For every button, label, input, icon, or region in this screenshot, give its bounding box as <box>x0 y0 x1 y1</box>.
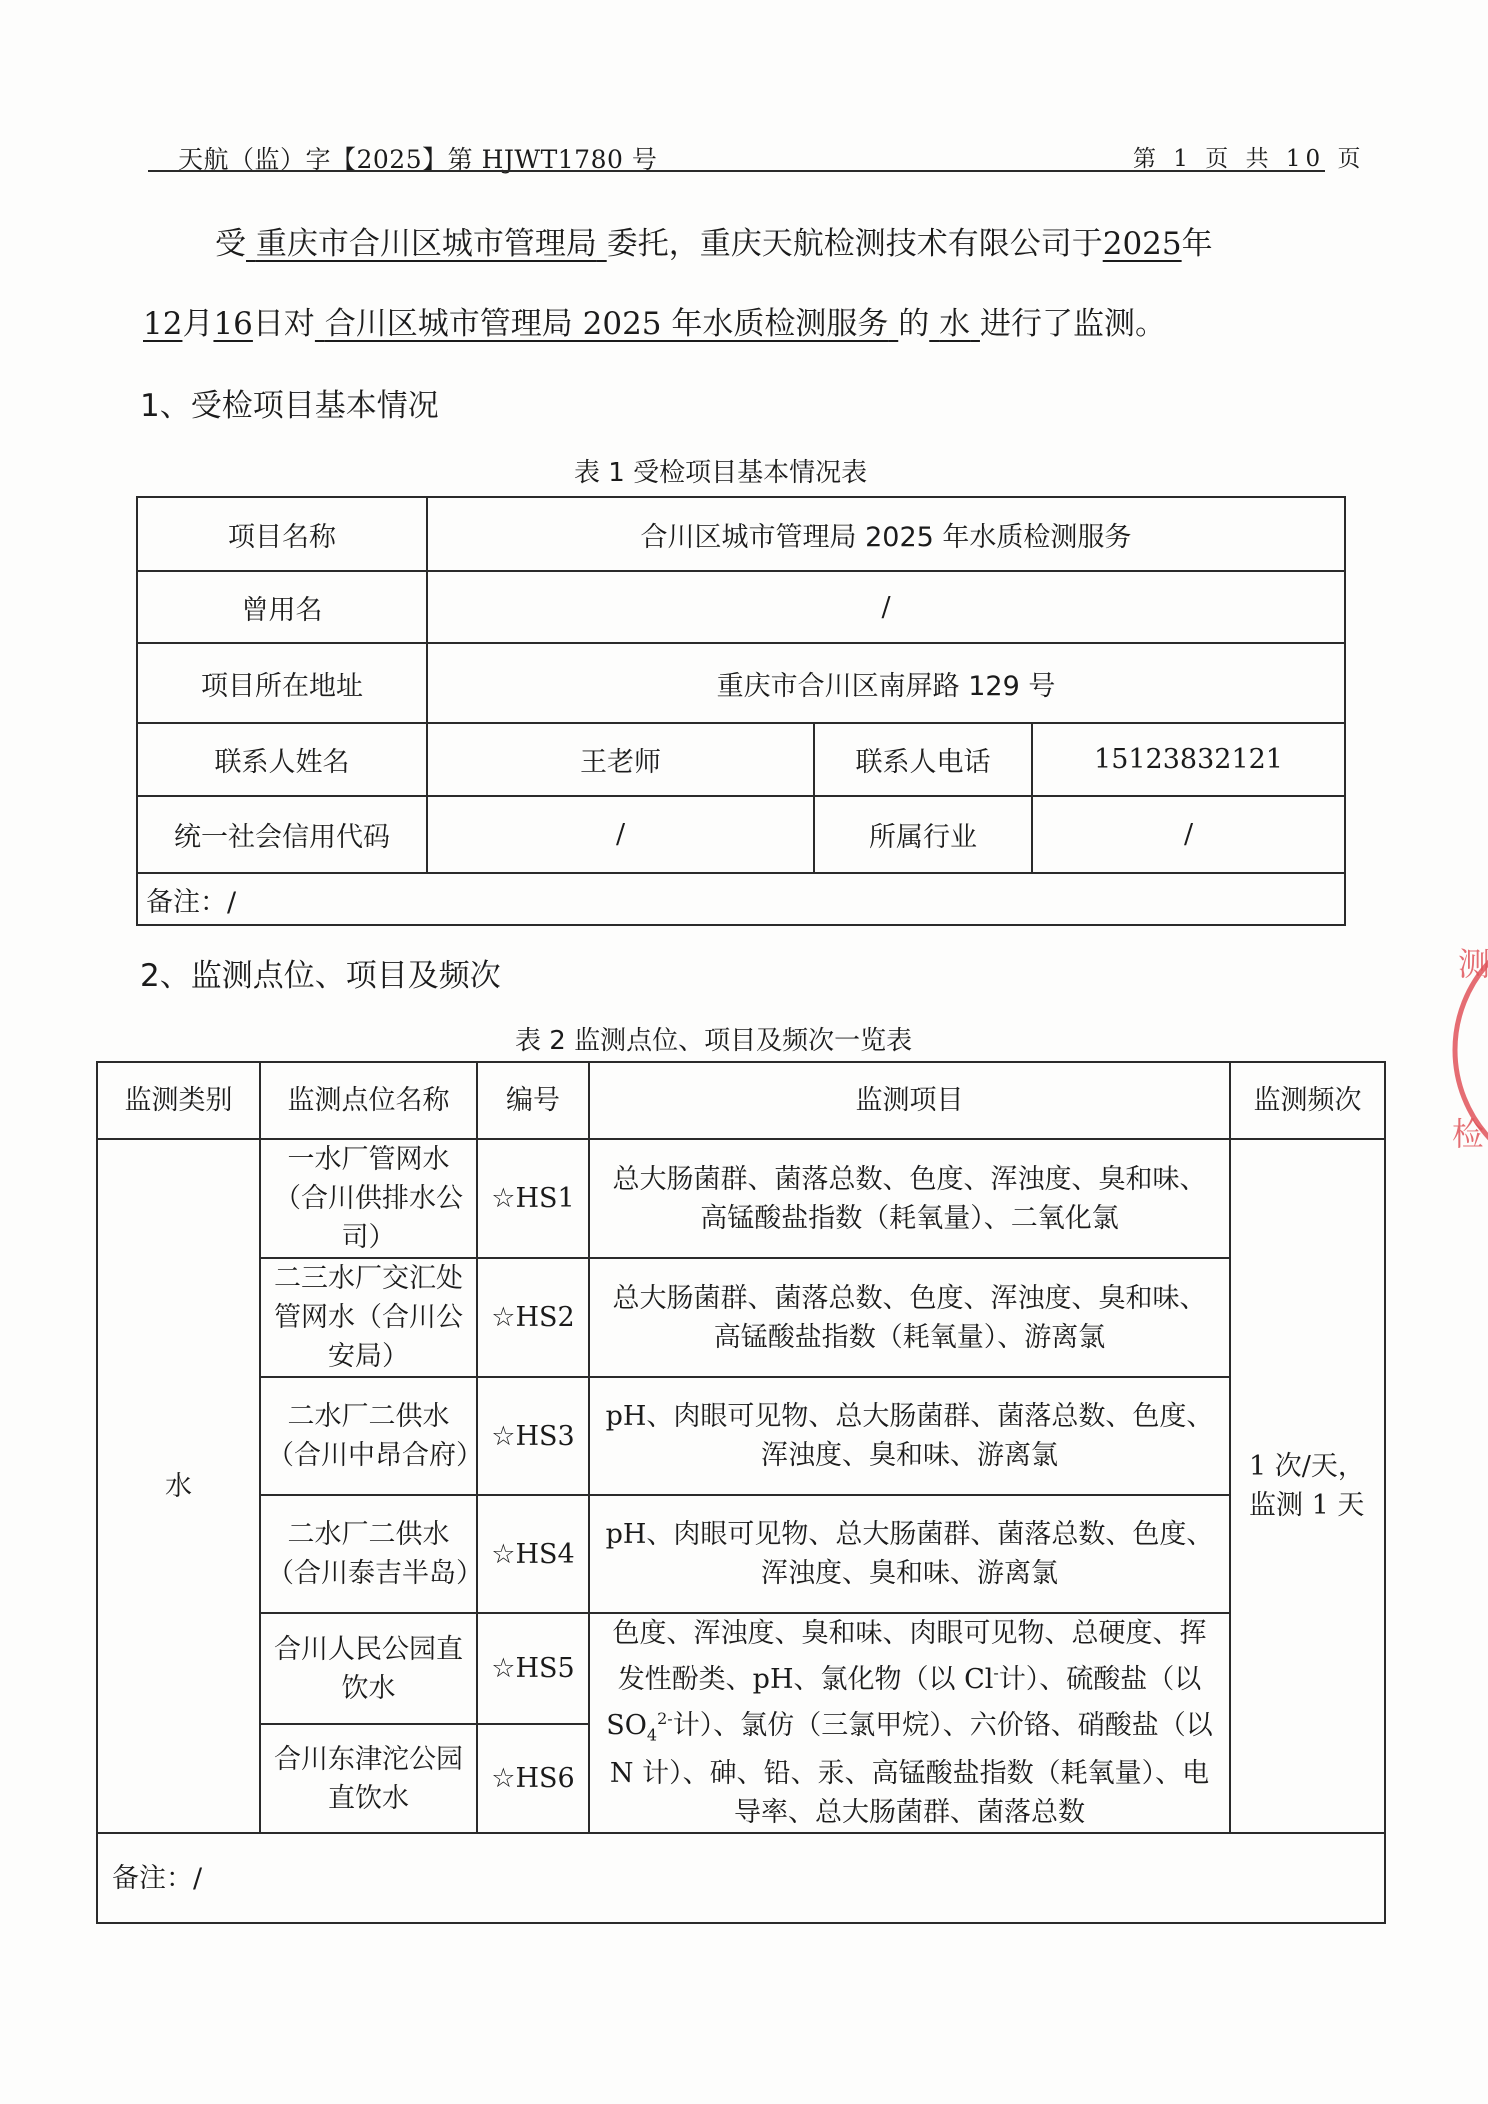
svg-text:测: 测 <box>1458 945 1488 983</box>
column-header-items: 监测项目 <box>589 1062 1230 1139</box>
project-name-value: 合川区城市管理局 2025 年水质检测服务 <box>427 497 1345 571</box>
site-name: 合川人民公园直饮水 <box>260 1613 477 1724</box>
former-name-label: 曾用名 <box>137 571 427 643</box>
address-label: 项目所在地址 <box>137 643 427 723</box>
year-value: 2025 <box>1103 226 1182 262</box>
table-row: 二水厂二供水（合川中昂合府） ☆HS3 pH、肉眼可见物、总大肠菌群、菌落总数、… <box>97 1377 1385 1495</box>
contact-name-label: 联系人姓名 <box>137 723 427 796</box>
intro-line-1: 受 重庆市合川区城市管理局 委托，重庆天航检测技术有限公司于2025年 <box>215 204 1213 284</box>
intro-text: 月 <box>182 306 213 342</box>
site-name: 二水厂二供水（合川中昂合府） <box>260 1377 477 1495</box>
frequency-cell: 1 次/天，监测 1 天 <box>1230 1139 1385 1833</box>
monitoring-items-shared: 色度、浑浊度、臭和味、肉眼可见物、总硬度、挥发性酚类、pH、氯化物（以 Cl-计… <box>589 1613 1230 1833</box>
site-code: ☆HS4 <box>477 1495 589 1613</box>
intro-text: 的 <box>898 306 929 342</box>
site-name: 一水厂管网水（合川供排水公司） <box>260 1139 477 1258</box>
table-2-remark: 备注：/ <box>97 1833 1385 1923</box>
contact-phone-label: 联系人电话 <box>814 723 1032 796</box>
credit-code-label: 统一社会信用代码 <box>137 796 427 873</box>
table-row: 水 一水厂管网水（合川供排水公司） ☆HS1 总大肠菌群、菌落总数、色度、浑浊度… <box>97 1139 1385 1258</box>
monitoring-items: 总大肠菌群、菌落总数、色度、浑浊度、臭和味、高锰酸盐指数（耗氧量）、二氧化氯 <box>589 1139 1230 1258</box>
column-header-site: 监测点位名称 <box>260 1062 477 1139</box>
intro-text: 日对 <box>253 306 315 342</box>
table-2-caption: 表 2 监测点位、项目及频次一览表 <box>515 1020 912 1057</box>
svg-text:检: 检 <box>1452 1115 1484 1153</box>
project-name-label: 项目名称 <box>137 497 427 571</box>
monitoring-items: 总大肠菌群、菌落总数、色度、浑浊度、臭和味、高锰酸盐指数（耗氧量）、游离氯 <box>589 1258 1230 1377</box>
section-1-title: 1、受检项目基本情况 <box>140 380 439 425</box>
table-row: 二水厂二供水（合川泰吉半岛） ☆HS4 pH、肉眼可见物、总大肠菌群、菌落总数、… <box>97 1495 1385 1613</box>
basic-info-table: 项目名称 合川区城市管理局 2025 年水质检测服务 曾用名 / 项目所在地址 … <box>136 496 1346 926</box>
contact-phone-value: 15123832121 <box>1032 723 1345 796</box>
header-rule <box>148 170 1325 172</box>
column-header-code: 编号 <box>477 1062 589 1139</box>
site-code: ☆HS5 <box>477 1613 589 1724</box>
official-seal-stamp: 测 检 <box>1440 905 1488 1195</box>
site-name: 二水厂二供水（合川泰吉半岛） <box>260 1495 477 1613</box>
medium-value: 水 <box>929 306 980 342</box>
intro-text: 受 <box>215 226 246 262</box>
table-row: 二三水厂交汇处管网水（合川公安局） ☆HS2 总大肠菌群、菌落总数、色度、浑浊度… <box>97 1258 1385 1377</box>
section-2-title: 2、监测点位、项目及频次 <box>140 950 501 995</box>
category-cell: 水 <box>97 1139 260 1833</box>
site-name: 二三水厂交汇处管网水（合川公安局） <box>260 1258 477 1377</box>
page-indicator: 第 1 页 共 10 页 <box>1133 140 1365 173</box>
site-code: ☆HS6 <box>477 1724 589 1833</box>
intro-line-2: 12月16日对 合川区城市管理局 2025 年水质检测服务 的 水 进行了监测。 <box>143 284 1166 364</box>
table-1-caption: 表 1 受检项目基本情况表 <box>574 452 867 489</box>
site-code: ☆HS2 <box>477 1258 589 1377</box>
table-1-remark: 备注：/ <box>137 873 1345 925</box>
credit-code-value: / <box>427 796 814 873</box>
site-code: ☆HS1 <box>477 1139 589 1258</box>
project-name: 合川区城市管理局 2025 年水质检测服务 <box>315 306 898 342</box>
month-value: 12 <box>143 306 182 342</box>
column-header-frequency: 监测频次 <box>1230 1062 1385 1139</box>
intro-text: 委托，重庆天航检测技术有限公司于 <box>607 226 1103 262</box>
intro-text: 年 <box>1182 226 1213 262</box>
industry-value: / <box>1032 796 1345 873</box>
former-name-value: / <box>427 571 1345 643</box>
table-row: 合川人民公园直饮水 ☆HS5 色度、浑浊度、臭和味、肉眼可见物、总硬度、挥发性酚… <box>97 1613 1385 1724</box>
site-name: 合川东津沱公园直饮水 <box>260 1724 477 1833</box>
industry-label: 所属行业 <box>814 796 1032 873</box>
site-code: ☆HS3 <box>477 1377 589 1495</box>
day-value: 16 <box>213 306 252 342</box>
monitoring-items: pH、肉眼可见物、总大肠菌群、菌落总数、色度、浑浊度、臭和味、游离氯 <box>589 1495 1230 1613</box>
column-header-category: 监测类别 <box>97 1062 260 1139</box>
monitoring-items: pH、肉眼可见物、总大肠菌群、菌落总数、色度、浑浊度、臭和味、游离氯 <box>589 1377 1230 1495</box>
address-value: 重庆市合川区南屏路 129 号 <box>427 643 1345 723</box>
monitoring-table: 监测类别 监测点位名称 编号 监测项目 监测频次 水 一水厂管网水（合川供排水公… <box>96 1061 1386 1924</box>
client-name: 重庆市合川区城市管理局 <box>246 226 607 262</box>
contact-name-value: 王老师 <box>427 723 814 796</box>
intro-text: 进行了监测。 <box>980 306 1166 342</box>
